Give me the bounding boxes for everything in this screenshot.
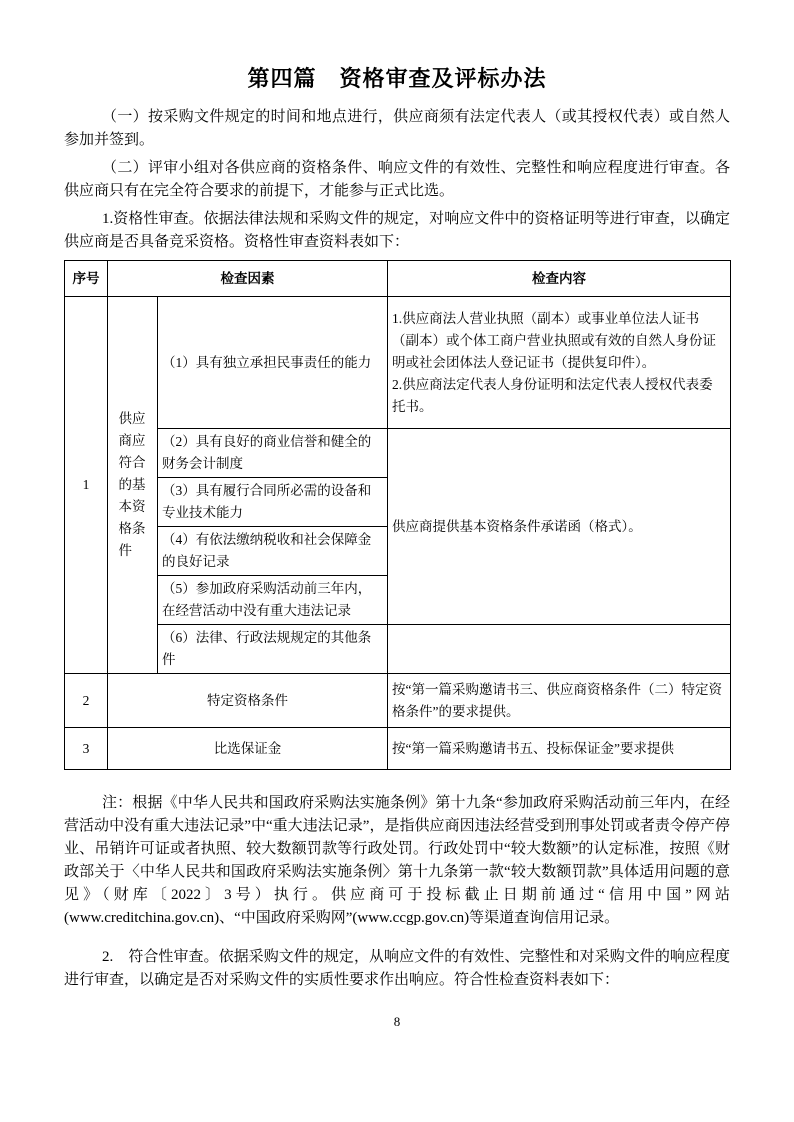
factor-cell-5: （5）参加政府采购活动前三年内，在经营活动中没有重大违法记录 (158, 576, 388, 625)
factor-cell-1: （1）具有独立承担民事责任的能力 (158, 297, 388, 429)
content-cell-6 (388, 625, 731, 674)
factor-cell-3: （3）具有履行合同所必需的设备和专业技术能力 (158, 478, 388, 527)
content-cell-1: 1.供应商法人营业执照（副本）或事业单位法人证书（副本）或个体工商户营业执照或有… (388, 297, 731, 429)
header-content: 检查内容 (388, 261, 731, 297)
factor-cell-row3: 比选保证金 (108, 728, 388, 770)
seq-cell-1: 1 (65, 297, 108, 674)
note-paragraph: 注：根据《中华人民共和国政府采购法实施条例》第十九条“参加政府采购活动前三年内，… (64, 792, 730, 930)
factor-cell-6: （6）法律、行政法规规定的其他条件 (158, 625, 388, 674)
table-row-basic-2: （2）具有良好的商业信誉和健全的财务会计制度 供应商提供基本资格条件承诺函（格式… (65, 429, 731, 478)
table-row-basic-6: （6）法律、行政法规规定的其他条件 (65, 625, 731, 674)
document-page: 第四篇 资格审查及评标办法 （一）按采购文件规定的时间和地点进行，供应商须有法定… (0, 0, 794, 1122)
factor-cell-2: （2）具有良好的商业信誉和健全的财务会计制度 (158, 429, 388, 478)
content-cell-row3: 按“第一篇采购邀请书五、投标保证金”要求提供 (388, 728, 731, 770)
table-row-2: 2 特定资格条件 按“第一篇采购邀请书三、供应商资格条件（二）特定资格条件”的要… (65, 674, 731, 728)
paragraph-1: （一）按采购文件规定的时间和地点进行，供应商须有法定代表人（或其授权代表）或自然… (64, 106, 730, 152)
paragraph-3: 1.资格性审查。依据法律法规和采购文件的规定，对响应文件中的资格证明等进行审查，… (64, 208, 730, 254)
page-number: 8 (0, 1014, 794, 1030)
table-row-3: 3 比选保证金 按“第一篇采购邀请书五、投标保证金”要求提供 (65, 728, 731, 770)
table-header-row: 序号 检查因素 检查内容 (65, 261, 731, 297)
qualification-review-table: 序号 检查因素 检查内容 1 供应商应符合的基本资格条件 （1）具有独立承担民事… (64, 260, 731, 770)
group-label-vertical: 供应商应符合的基本资格条件 (119, 408, 147, 562)
content-cell-2-5: 供应商提供基本资格条件承诺函（格式）。 (388, 429, 731, 625)
group-label-cell: 供应商应符合的基本资格条件 (108, 297, 158, 674)
content-cell-row2: 按“第一篇采购邀请书三、供应商资格条件（二）特定资格条件”的要求提供。 (388, 674, 731, 728)
paragraph-2: （二）评审小组对各供应商的资格条件、响应文件的有效性、完整性和响应程度进行审查。… (64, 157, 730, 203)
factor-cell-row2: 特定资格条件 (108, 674, 388, 728)
content-item-2: 2.供应商法定代表人身份证明和法定代表人授权代表委托书。 (392, 374, 726, 418)
page-title: 第四篇 资格审查及评标办法 (64, 64, 730, 94)
seq-cell-2: 2 (65, 674, 108, 728)
content-item-1: 1.供应商法人营业执照（副本）或事业单位法人证书（副本）或个体工商户营业执照或有… (392, 308, 726, 374)
factor-cell-4: （4）有依法缴纳税收和社会保障金的良好记录 (158, 527, 388, 576)
header-seq: 序号 (65, 261, 108, 297)
header-factor: 检查因素 (108, 261, 388, 297)
seq-cell-3: 3 (65, 728, 108, 770)
paragraph-4: 2. 符合性审查。依据采购文件的规定，从响应文件的有效性、完整性和对采购文件的响… (64, 946, 730, 992)
table-row-basic-1: 1 供应商应符合的基本资格条件 （1）具有独立承担民事责任的能力 1.供应商法人… (65, 297, 731, 429)
